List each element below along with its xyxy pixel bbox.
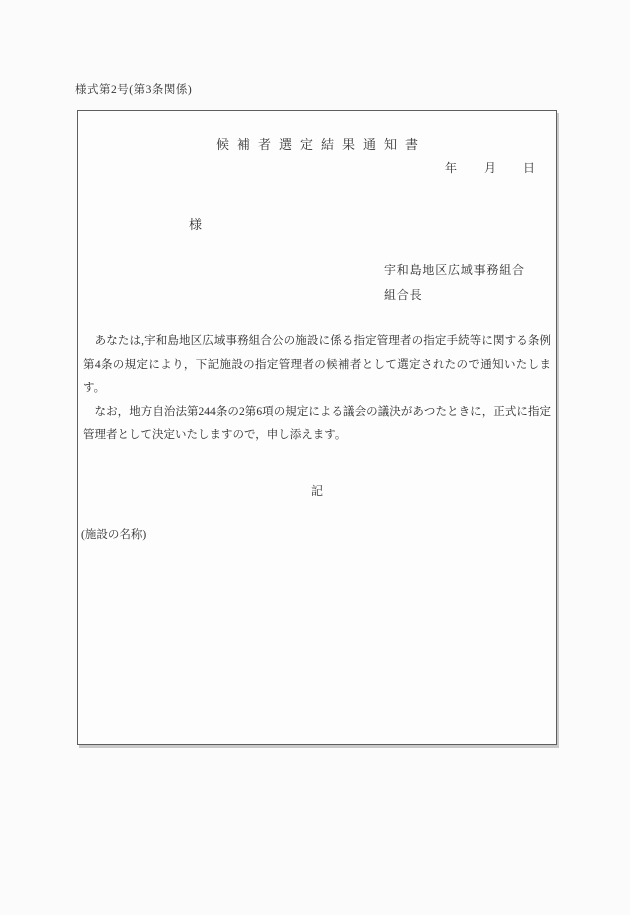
body-paragraph-1: あなたは,宇和島地区広域事務組合公の施設に係る指定管理者の指定手続等に関する条例…: [83, 330, 551, 401]
document-title: 候補者選定結果通知書: [78, 134, 556, 153]
year-label: 年: [445, 159, 457, 176]
facility-name-label: (施設の名称): [81, 526, 146, 542]
document-border-box: 候補者選定結果通知書 年 月 日 様 宇和島地区広域事務組合 組合長 あなたは,…: [77, 110, 557, 745]
body-text: あなたは,宇和島地区広域事務組合公の施設に係る指定管理者の指定手続等に関する条例…: [83, 330, 551, 448]
sender-organization: 宇和島地区広域事務組合: [384, 261, 525, 278]
document-page: 様式第2号(第3条関係) 候補者選定結果通知書 年 月 日 様 宇和島地区広域事…: [0, 0, 630, 915]
date-line: 年 月 日: [445, 159, 556, 176]
month-label: 月: [484, 159, 496, 176]
record-marker: 記: [78, 482, 556, 499]
day-label: 日: [523, 159, 535, 176]
sender-title: 組合長: [384, 286, 422, 303]
body-paragraph-2: なお，地方自治法第244条の2第6項の規定による議会の議決があつたときに，正式に…: [83, 401, 551, 448]
addressee-honorific: 様: [189, 214, 202, 233]
form-number-label: 様式第2号(第3条関係): [75, 81, 192, 97]
